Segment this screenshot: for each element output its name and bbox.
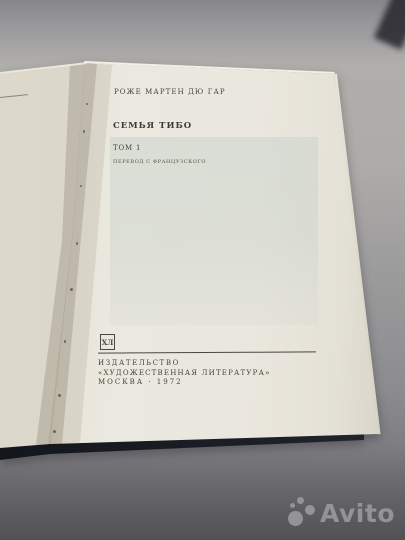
- translation-note: ПЕРЕВОД С ФРАНЦУЗСКОГО: [113, 159, 206, 165]
- binding-speck: [80, 185, 82, 187]
- avito-wordmark: Avito: [320, 500, 395, 527]
- binding-speck: [58, 394, 61, 397]
- binding-speck: [64, 340, 66, 343]
- binding-speck: [53, 430, 56, 433]
- binding-speck: [83, 130, 85, 133]
- frontispiece-show-through: [110, 137, 318, 325]
- avito-dot-icon: [305, 505, 315, 515]
- binding-speck: [76, 242, 78, 245]
- binding-speck: [70, 288, 73, 291]
- avito-logo-icon: [288, 497, 317, 527]
- publisher-city-year-line: МОСКВА · 1972: [98, 378, 183, 386]
- publisher-monogram: ХЛ: [102, 338, 114, 347]
- publisher-name-line: ИЗДАТЕЛЬСТВО: [98, 359, 180, 367]
- avito-watermark: Avito: [288, 497, 395, 527]
- binding-speck: [86, 103, 88, 105]
- book: РОЖЕ МАРТЕН ДЮ ГАР СЕМЬЯ ТИБО ТОМ 1 ПЕРЕ…: [0, 0, 405, 540]
- avito-dot-icon: [297, 497, 304, 504]
- volume-label: ТОМ 1: [113, 144, 141, 152]
- publisher-logo: ХЛ: [100, 334, 115, 350]
- listing-photo: РОЖЕ МАРТЕН ДЮ ГАР СЕМЬЯ ТИБО ТОМ 1 ПЕРЕ…: [0, 0, 405, 540]
- avito-dot-icon: [288, 511, 303, 526]
- author-line: РОЖЕ МАРТЕН ДЮ ГАР: [114, 88, 226, 96]
- avito-dot-icon: [290, 503, 295, 508]
- book-title: СЕМЬЯ ТИБО: [113, 121, 192, 131]
- publisher-imprint-line: «ХУДОЖЕСТВЕННАЯ ЛИТЕРАТУРА»: [98, 369, 271, 377]
